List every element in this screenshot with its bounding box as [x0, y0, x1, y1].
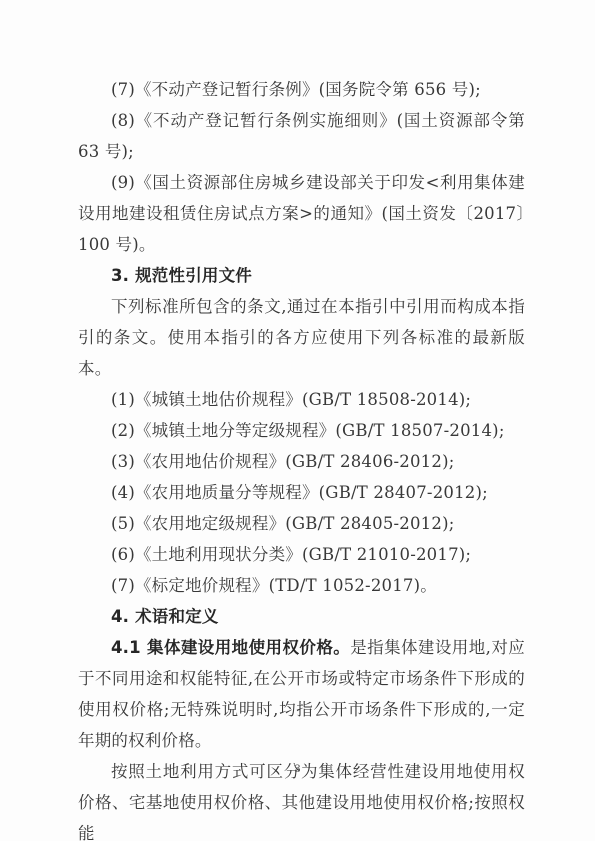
- standard-ref-7: (7)《标定地价规程》(TD/T 1052-2017)。: [78, 570, 525, 601]
- section-heading-3: 3. 规范性引用文件: [78, 260, 525, 291]
- standard-ref-4: (4)《农用地质量分等规程》(GB/T 28407-2012);: [78, 477, 525, 508]
- section-heading-4: 4. 术语和定义: [78, 601, 525, 632]
- standard-ref-3: (3)《农用地估价规程》(GB/T 28406-2012);: [78, 446, 525, 477]
- standard-ref-6: (6)《土地利用现状分类》(GB/T 21010-2017);: [78, 539, 525, 570]
- document-page: (7)《不动产登记暂行条例》(国务院令第 656 号); (8)《不动产登记暂行…: [0, 0, 595, 841]
- section-3-intro: 下列标准所包含的条文,通过在本指引中引用而构成本指引的条文。使用本指引的各方应使…: [78, 291, 525, 384]
- legal-ref-7: (7)《不动产登记暂行条例》(国务院令第 656 号);: [78, 74, 525, 105]
- term-definition-4-1: 4.1 集体建设用地使用权价格。是指集体建设用地,对应于不同用途和权能特征,在公…: [78, 632, 525, 756]
- page-number: 3: [0, 763, 595, 777]
- document-body: (7)《不动产登记暂行条例》(国务院令第 656 号); (8)《不动产登记暂行…: [78, 74, 525, 841]
- legal-ref-9: (9)《国土资源部住房城乡建设部关于印发<利用集体建设用地建设租赁住房试点方案>…: [78, 167, 525, 260]
- standard-ref-1: (1)《城镇土地估价规程》(GB/T 18508-2014);: [78, 384, 525, 415]
- term-definition-4-1-title: 4.1 集体建设用地使用权价格。: [111, 638, 350, 657]
- standard-ref-5: (5)《农用地定级规程》(GB/T 28405-2012);: [78, 508, 525, 539]
- legal-ref-8: (8)《不动产登记暂行条例实施细则》(国土资源部令第 63 号);: [78, 105, 525, 167]
- standard-ref-2: (2)《城镇土地分等定级规程》(GB/T 18507-2014);: [78, 415, 525, 446]
